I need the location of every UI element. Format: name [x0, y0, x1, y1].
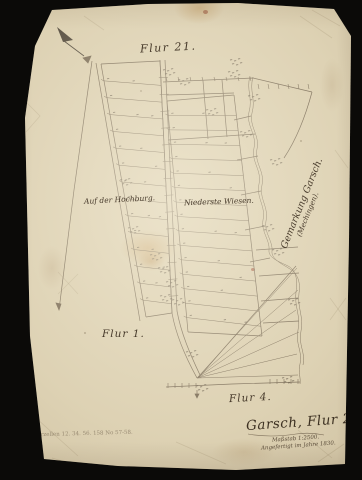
paper-sheet: Flur 21. Gemarkung Garsch. (Mechingen). … — [0, 0, 362, 480]
paper-shading — [0, 0, 362, 480]
label-flur-4: Flur 4. — [229, 392, 272, 405]
label-flur-21: Flur 21. — [140, 41, 197, 55]
label-flur-1: Flur 1. — [102, 329, 145, 340]
scanned-cadastral-map: Flur 21. Gemarkung Garsch. (Mechingen). … — [0, 0, 362, 480]
